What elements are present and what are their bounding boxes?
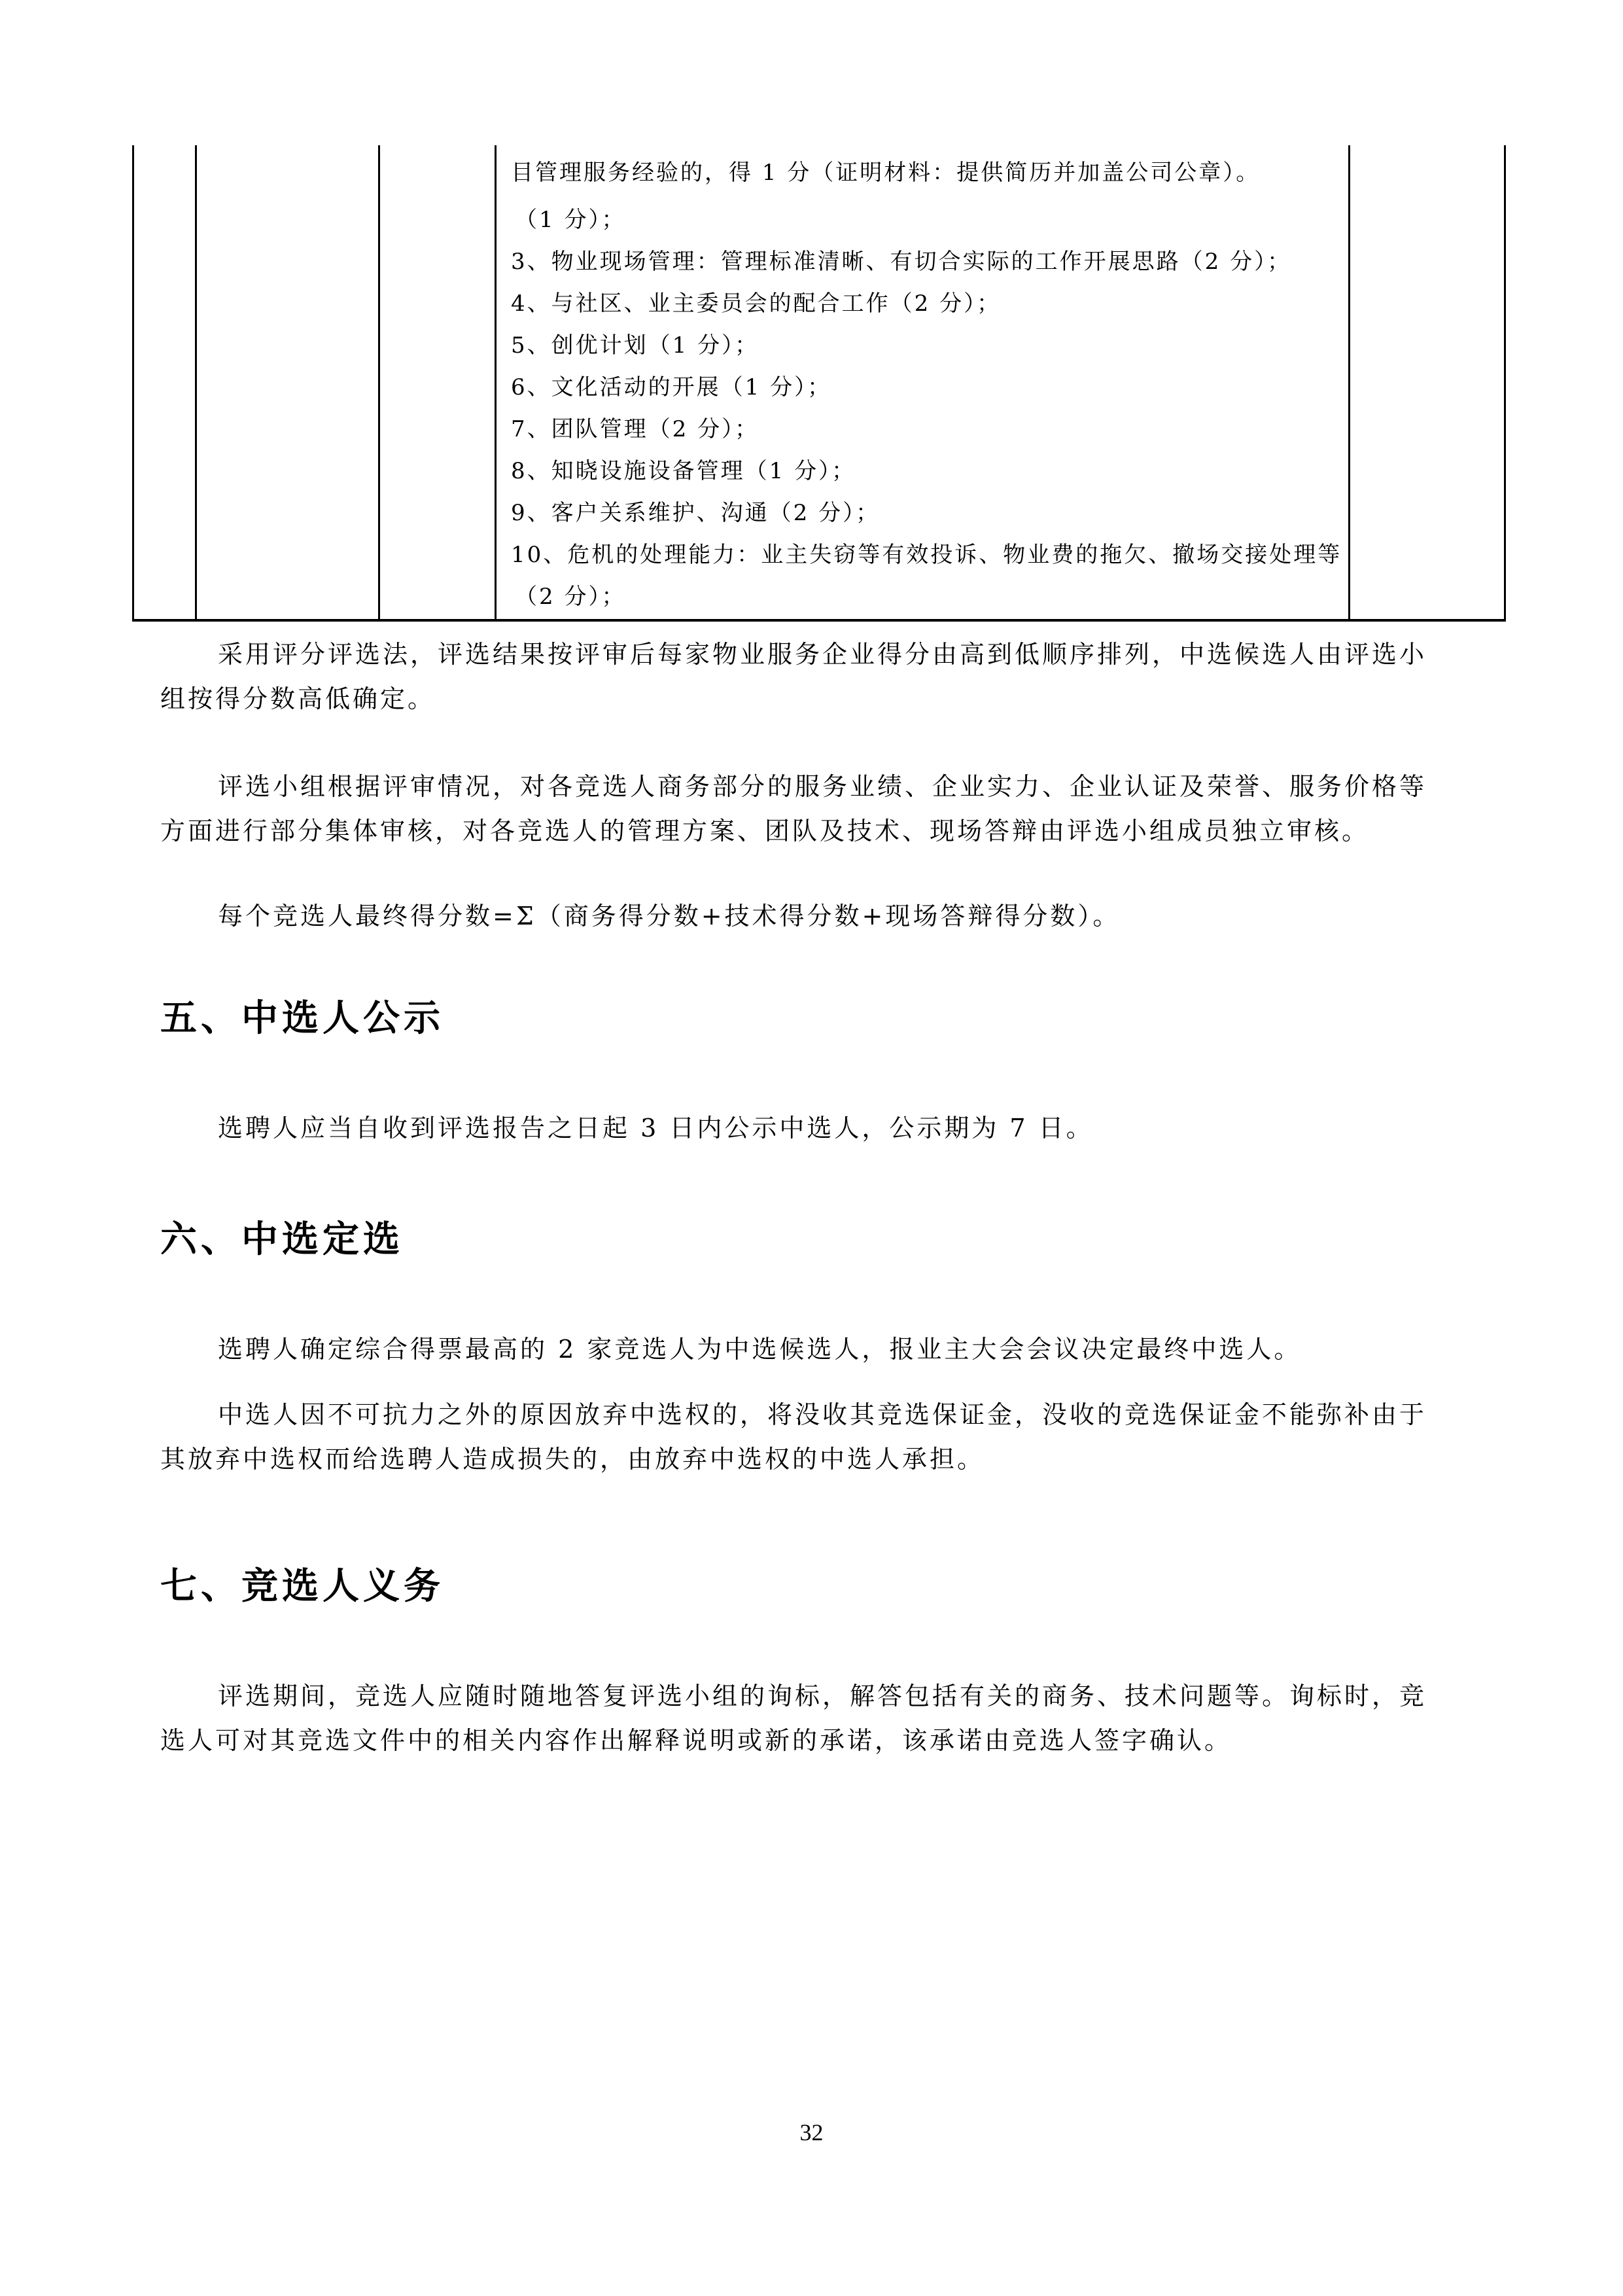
criteria-line: 8、知晓设施设备管理（1 分）； [511,450,1340,492]
criteria-line: 7、团队管理（2 分）； [511,408,1340,450]
criteria-line: （1 分）； [511,199,1340,241]
paragraph-review-process: 评选小组根据评审情况，对各竞选人商务部分的服务业绩、企业实力、企业认证及荣誉、服… [160,764,1475,853]
table-cell-category [196,145,379,620]
criteria-line: 6、文化活动的开展（1 分）； [511,366,1340,408]
paragraph-line: 每个竞选人最终得分数=Σ（商务得分数+技术得分数+现场答辩得分数）。 [160,894,1475,938]
paragraph-line: 选聘人应当自收到评选报告之日起 3 日内公示中选人，公示期为 7 日。 [160,1106,1475,1150]
paragraph-forfeiture: 中选人因不可抗力之外的原因放弃中选权的，将没收其竞选保证金，没收的竞选保证金不能… [160,1392,1475,1481]
criteria-line: 4、与社区、业主委员会的配合工作（2 分）； [511,283,1340,325]
section-heading-announcement: 五、中选人公示 [160,989,444,1042]
paragraph-final-score-formula: 每个竞选人最终得分数=Σ（商务得分数+技术得分数+现场答辩得分数）。 [160,894,1475,938]
paragraph-line: 评选期间，竞选人应随时随地答复评选小组的询标，解答包括有关的商务、技术问题等。询… [160,1674,1475,1718]
paragraph-scoring-method: 采用评分评选法，评选结果按评审后每家物业服务企业得分由高到低顺序排列，中选候选人… [160,632,1475,721]
criteria-list: 目管理服务经验的，得 1 分（证明材料：提供简历并加盖公司公章）。 （1 分）；… [497,145,1348,618]
document-page: 目管理服务经验的，得 1 分（证明材料：提供简历并加盖公司公章）。 （1 分）；… [0,0,1623,2296]
section-heading-bidder-obligations: 七、竞选人义务 [160,1557,444,1610]
paragraph-line: 采用评分评选法，评选结果按评审后每家物业服务企业得分由高到低顺序排列，中选候选人… [160,632,1475,677]
paragraph-line: 组按得分数高低确定。 [160,677,1475,721]
table-row: 目管理服务经验的，得 1 分（证明材料：提供简历并加盖公司公章）。 （1 分）；… [133,145,1505,620]
criteria-line: 目管理服务经验的，得 1 分（证明材料：提供简历并加盖公司公章）。 [511,152,1340,194]
paragraph-line: 方面进行部分集体审核，对各竞选人的管理方案、团队及技术、现场答辩由评选小组成员独… [160,809,1475,853]
paragraph-bidder-obligations: 评选期间，竞选人应随时随地答复评选小组的询标，解答包括有关的商务、技术问题等。询… [160,1674,1475,1763]
criteria-line: 9、客户关系维护、沟通（2 分）； [511,492,1340,534]
criteria-line: 3、物业现场管理：管理标准清晰、有切合实际的工作开展思路（2 分）； [511,241,1340,283]
scoring-table: 目管理服务经验的，得 1 分（证明材料：提供简历并加盖公司公章）。 （1 分）；… [132,145,1506,622]
paragraph-line: 评选小组根据评审情况，对各竞选人商务部分的服务业绩、企业实力、企业认证及荣誉、服… [160,764,1475,809]
section-heading-final-selection: 六、中选定选 [160,1210,404,1263]
paragraph-line: 选聘人确定综合得票最高的 2 家竞选人为中选候选人，报业主大会会议决定最终中选人… [160,1327,1475,1371]
paragraph-announcement: 选聘人应当自收到评选报告之日起 3 日内公示中选人，公示期为 7 日。 [160,1106,1475,1150]
criteria-line: 5、创优计划（1 分）； [511,325,1340,366]
criteria-line: （2 分）； [511,576,1340,618]
criteria-line: 10、危机的处理能力：业主失窃等有效投诉、物业费的拖欠、撤场交接处理等 [511,534,1340,576]
table-cell-criteria: 目管理服务经验的，得 1 分（证明材料：提供简历并加盖公司公章）。 （1 分）；… [496,145,1350,620]
paragraph-line: 选人可对其竞选文件中的相关内容作出解释说明或新的承诺，该承诺由竞选人签字确认。 [160,1718,1475,1763]
table-cell-remarks [1350,145,1505,620]
table-cell-score [379,145,496,620]
paragraph-final-selection: 选聘人确定综合得票最高的 2 家竞选人为中选候选人，报业主大会会议决定最终中选人… [160,1327,1475,1371]
paragraph-line: 其放弃中选权而给选聘人造成损失的，由放弃中选权的中选人承担。 [160,1437,1475,1481]
paragraph-line: 中选人因不可抗力之外的原因放弃中选权的，将没收其竞选保证金，没收的竞选保证金不能… [160,1392,1475,1437]
page-number: 32 [0,2119,1623,2146]
table-cell-index [133,145,196,620]
